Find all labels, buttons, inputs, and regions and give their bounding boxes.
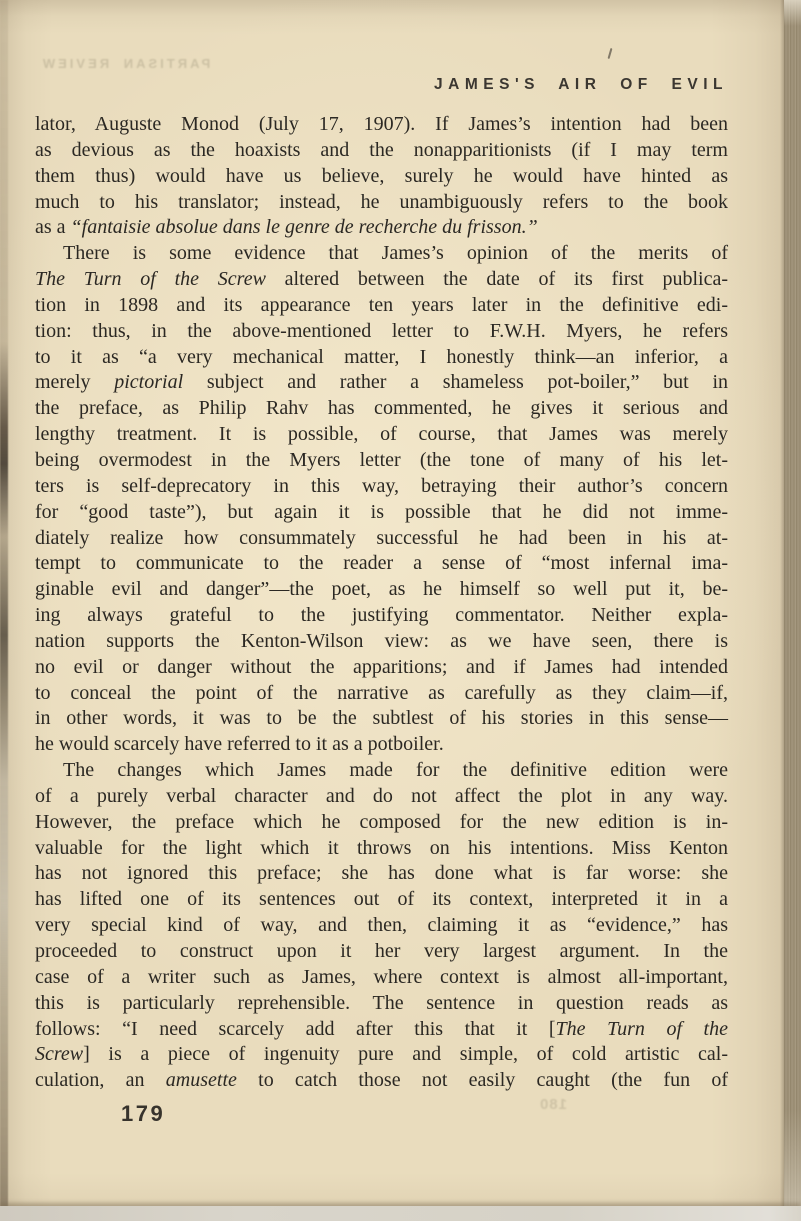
- text-line: them thus) would have us believe, surely…: [35, 164, 728, 190]
- text-line: ing always grateful to the justifying co…: [35, 603, 728, 629]
- bleed-through-page-number: 180: [527, 1096, 567, 1113]
- scanned-book-page: PARTISAN REVIEW JAMES'S AIR OF EVIL lato…: [0, 0, 801, 1221]
- running-head: JAMES'S AIR OF EVIL: [35, 76, 728, 94]
- text-line: There is some evidence that James’s opin…: [35, 241, 728, 267]
- table-surface: [0, 1206, 801, 1221]
- text-line: for “good taste”), but again it is possi…: [35, 500, 728, 526]
- text-line: nation supports the Kenton-Wilson view: …: [35, 629, 728, 655]
- text-line: of a purely verbal character and do not …: [35, 784, 728, 810]
- text-line: follows: “I need scarcely add after this…: [35, 1017, 728, 1043]
- text-line: to it as “a very mechanical matter, I ho…: [35, 345, 728, 371]
- page-number: 179: [121, 1101, 165, 1127]
- text-line: in other words, it was to be the subtles…: [35, 706, 728, 732]
- text-line: tempt to communicate to the reader a sen…: [35, 551, 728, 577]
- text-line: culation, an amusette to catch those not…: [35, 1068, 728, 1094]
- text-line: has lifted one of its sentences out of i…: [35, 887, 728, 913]
- text-line: tion: thus, in the above-mentioned lette…: [35, 319, 728, 345]
- text-line: valuable for the light which it throws o…: [35, 836, 728, 862]
- text-line: no evil or danger without the apparition…: [35, 655, 728, 681]
- text-line: case of a writer such as James, where co…: [35, 965, 728, 991]
- text-line: as a “fantaisie absolue dans le genre de…: [35, 215, 728, 241]
- text-line: merely pictorial subject and rather a sh…: [35, 370, 728, 396]
- text-line: The Turn of the Screw altered between th…: [35, 267, 728, 293]
- body-text: lator, Auguste Monod (July 17, 1907). If…: [35, 112, 728, 1094]
- text-line: diately realize how consummately success…: [35, 526, 728, 552]
- text-line: very special kind of way, and then, clai…: [35, 913, 728, 939]
- text-line: lator, Auguste Monod (July 17, 1907). If…: [35, 112, 728, 138]
- text-line: to conceal the point of the narrative as…: [35, 681, 728, 707]
- text-line: much to his translator; instead, he unam…: [35, 190, 728, 216]
- left-binding-shadow: [0, 0, 8, 1221]
- text-line: tion in 1898 and its appearance ten year…: [35, 293, 728, 319]
- text-line: the preface, as Philip Rahv has commente…: [35, 396, 728, 422]
- text-line: lengthy treatment. It is possible, of co…: [35, 422, 728, 448]
- text-line: ginable evil and danger”—the poet, as he…: [35, 577, 728, 603]
- text-line: proceeded to construct upon it her very …: [35, 939, 728, 965]
- text-line: Screw] is a piece of ingenuity pure and …: [35, 1042, 728, 1068]
- text-line: as devious as the hoaxists and the nonap…: [35, 138, 728, 164]
- text-line: being overmodest in the Myers letter (th…: [35, 448, 728, 474]
- text-line: has not ignored this preface; she has do…: [35, 861, 728, 887]
- bleed-through-running-head: PARTISAN REVIEW: [30, 56, 220, 71]
- text-line: However, the preface which he composed f…: [35, 810, 728, 836]
- text-line: this is particularly reprehensible. The …: [35, 991, 728, 1017]
- text-line: he would scarcely have referred to it as…: [35, 732, 728, 758]
- book-page-edges: [784, 0, 801, 1207]
- text-line: The changes which James made for the def…: [35, 758, 728, 784]
- text-line: ters is self-deprecatory in this way, be…: [35, 474, 728, 500]
